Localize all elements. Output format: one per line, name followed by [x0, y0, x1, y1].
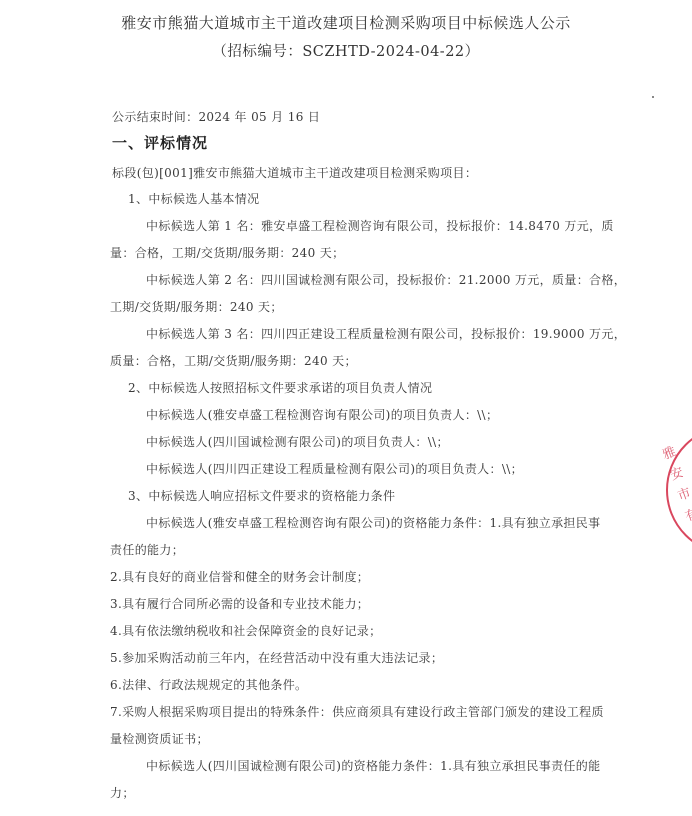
- condition-7-line-2: 量检测资质证书；: [110, 730, 209, 747]
- announcement-end-date: 公示结束时间：2024 年 05 月 16 日: [112, 108, 320, 125]
- qualification-c1-line-2: 责任的能力；: [110, 541, 184, 558]
- lot-line: 标段(包)[001]雅安市熊猫大道城市主干道改建项目检测采购项目：: [112, 164, 477, 181]
- candidate-3-line-1: 中标候选人第 3 名：四川四正建设工程质量检测有限公司，投标报价：19.9000…: [146, 325, 626, 342]
- document-title: 雅安市熊猫大道城市主干道改建项目检测采购项目中标候选人公示: [0, 12, 692, 33]
- candidate-1-line-1: 中标候选人第 1 名：雅安卓盛工程检测咨询有限公司，投标报价：14.8470 万…: [146, 217, 614, 234]
- candidate-2-line-1: 中标候选人第 2 名：四川国诚检测有限公司，投标报价：21.2000 万元，质量…: [146, 271, 626, 288]
- candidate-1-line-2: 量：合格，工期/交货期/服务期：240 天；: [110, 244, 345, 261]
- condition-2: 2.具有良好的商业信誉和健全的财务会计制度；: [110, 568, 369, 585]
- qualification-c2-line-2: 力；: [110, 784, 135, 801]
- scan-speck: [652, 96, 654, 98]
- candidate-2-line-2: 工期/交货期/服务期：240 天；: [110, 298, 283, 315]
- condition-4: 4.具有依法缴纳税收和社会保障资金的良好记录；: [110, 622, 382, 639]
- qualification-c2-line-1: 中标候选人(四川国诚检测有限公司)的资格能力条件：1.具有独立承担民事责任的能: [146, 757, 600, 774]
- subsection-heading-project-leader: 2、中标候选人按照招标文件要求承诺的项目负责人情况: [128, 379, 432, 396]
- project-leader-3: 中标候选人(四川四正建设工程质量检测有限公司)的项目负责人：\\；: [146, 460, 523, 477]
- condition-3: 3.具有履行合同所必需的设备和专业技术能力；: [110, 595, 369, 612]
- subsection-heading-qualifications: 3、中标候选人响应招标文件要求的资格能力条件: [128, 487, 395, 504]
- condition-5: 5.参加采购活动前三年内，在经营活动中没有重大违法记录；: [110, 649, 443, 666]
- project-leader-1: 中标候选人(雅安卓盛工程检测咨询有限公司)的项目负责人：\\；: [146, 406, 498, 423]
- qualification-c1-line-1: 中标候选人(雅安卓盛工程检测咨询有限公司)的资格能力条件：1.具有独立承担民事: [146, 514, 600, 531]
- document-page: 雅安市熊猫大道城市主干道改建项目检测采购项目中标候选人公示 （招标编号：SCZH…: [0, 0, 692, 816]
- condition-6: 6.法律、行政法规规定的其他条件。: [110, 676, 307, 693]
- condition-7-line-1: 7.采购人根据采购项目提出的特殊条件：供应商须具有建设行政主管部门颁发的建设工程…: [110, 703, 604, 720]
- project-leader-2: 中标候选人(四川国诚检测有限公司)的项目负责人：\\；: [146, 433, 449, 450]
- tender-number: （招标编号：SCZHTD-2024-04-22）: [0, 40, 692, 61]
- candidate-3-line-2: 质量：合格，工期/交货期/服务期：240 天；: [110, 352, 357, 369]
- subsection-heading-basic-info: 1、中标候选人基本情况: [128, 190, 260, 207]
- section-heading-evaluation: 一、评标情况: [112, 132, 208, 153]
